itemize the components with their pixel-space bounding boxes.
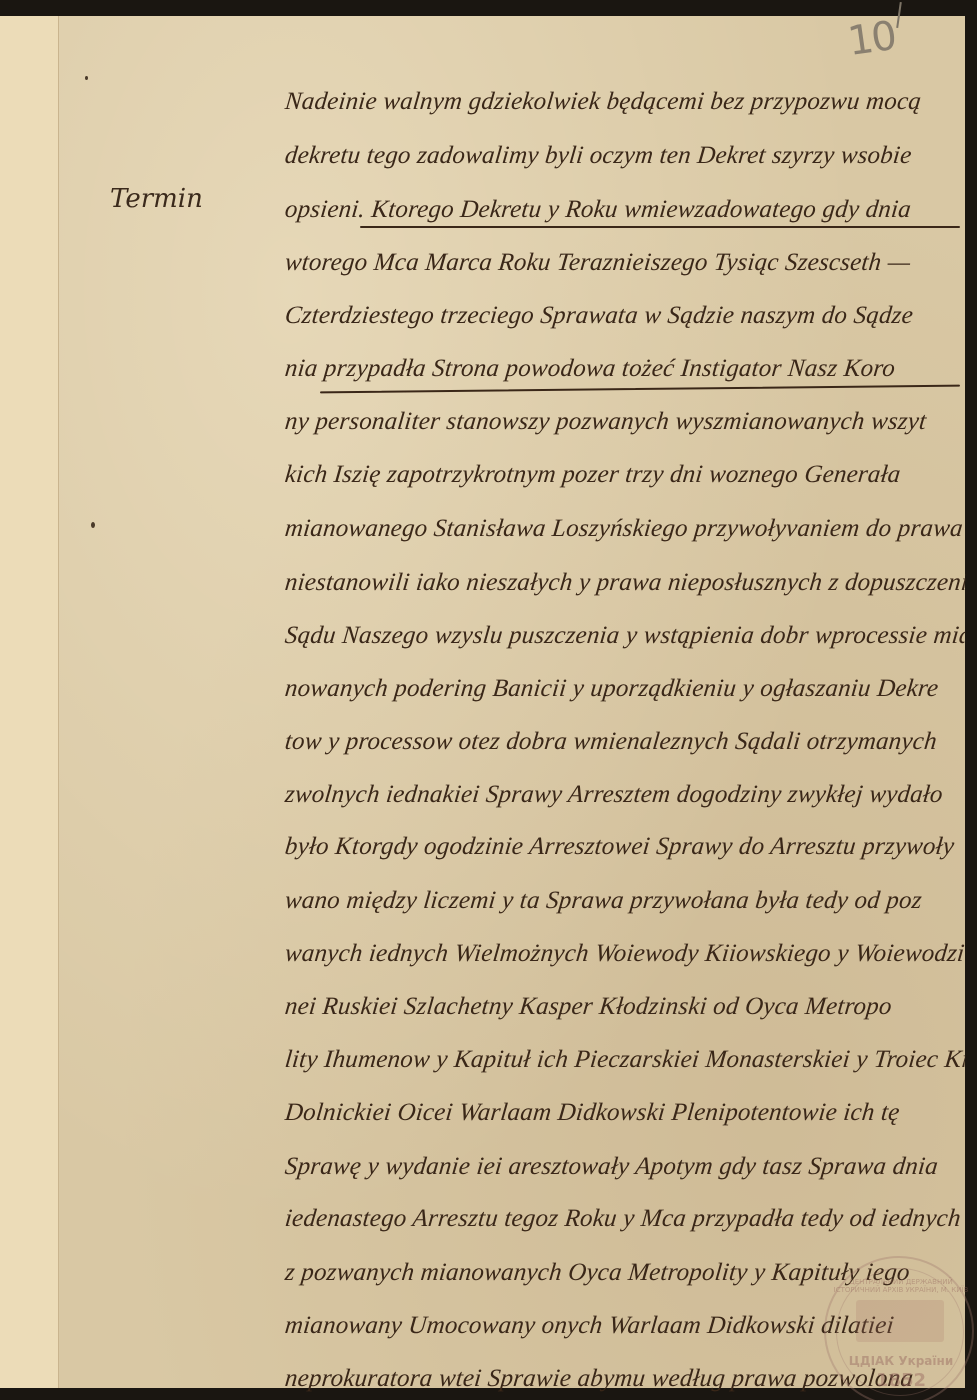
text-line: Sprawę y wydanie iei aresztowały Apotym … bbox=[284, 1153, 967, 1181]
text-line: wanych iednych Wielmożnych Woiewody Kiio… bbox=[284, 940, 967, 968]
folio-number: 10 bbox=[845, 13, 898, 65]
archive-stamp: ЦЕНТРАЛЬНИЙ ДЕРЖАВНИЙ ІСТОРИЧНИЙ АРХІВ У… bbox=[824, 1256, 974, 1400]
book-icon bbox=[856, 1300, 944, 1342]
stamp-ring-text: ЦЕНТРАЛЬНИЙ ДЕРЖАВНИЙ ІСТОРИЧНИЙ АРХІВ У… bbox=[826, 1278, 976, 1294]
text-line: lity Ihumenow y Kapituł ich Pieczarskiei… bbox=[284, 1046, 967, 1074]
text-line: Sądu Naszego wzyslu puszczenia y wstąpie… bbox=[284, 622, 967, 650]
text-line: tow y processow otez dobra wmienaleznych… bbox=[284, 728, 967, 756]
text-line: iedenastego Arresztu tegoz Roku y Mca pr… bbox=[284, 1205, 967, 1233]
page-margin-strip bbox=[0, 16, 59, 1388]
text-line: wtorego Mca Marca Roku Teraznieiszego Ty… bbox=[284, 249, 967, 277]
folio-mark bbox=[896, 2, 902, 28]
text-line: kich Iszię zapotrzykrotnym pozer trzy dn… bbox=[284, 461, 967, 489]
stamp-archive-name: ЦДІАК України bbox=[826, 1354, 976, 1368]
text-line: ny personaliter stanowszy pozwanych wysz… bbox=[284, 408, 967, 436]
text-line: nia przypadła Strona powodowa tożeć Inst… bbox=[284, 355, 967, 383]
text-line: dekretu tego zadowalimy byli oczym ten D… bbox=[284, 142, 967, 170]
text-line: Nadeinie walnym gdziekolwiek będącemi be… bbox=[284, 88, 967, 116]
text-line: Czterdziestego trzeciego Sprawata w Sądz… bbox=[284, 302, 967, 330]
text-line: zwolnych iednakiei Sprawy Arresztem dogo… bbox=[284, 781, 967, 809]
text-underline bbox=[360, 226, 960, 228]
text-line: mianowanego Stanisława Loszyńskiego przy… bbox=[284, 515, 967, 543]
stamp-year: 1852 bbox=[826, 1370, 976, 1391]
text-line: niestanowili iako nieszałych y prawa nie… bbox=[284, 569, 967, 597]
text-line: wano między liczemi y ta Sprawa przywoła… bbox=[284, 887, 967, 915]
ink-speck bbox=[91, 522, 95, 528]
text-underline bbox=[320, 385, 960, 394]
manuscript-page: 10 Termin Nadeinie walnym gdziekolwiek b… bbox=[0, 16, 965, 1388]
margin-note: Termin bbox=[110, 184, 203, 214]
text-line: opsieni. Ktorego Dekretu y Roku wmiewzad… bbox=[284, 196, 967, 224]
text-line: Dolnickiei Oicei Warlaam Didkowski Pleni… bbox=[284, 1099, 967, 1127]
ink-speck bbox=[85, 76, 88, 80]
text-line: nowanych podering Banicii y uporządkieni… bbox=[284, 675, 967, 703]
text-line: było Ktorgdy ogodzinie Arresztowei Spraw… bbox=[284, 833, 967, 861]
text-line: nei Ruskiei Szlachetny Kasper Kłodzinski… bbox=[284, 993, 967, 1021]
